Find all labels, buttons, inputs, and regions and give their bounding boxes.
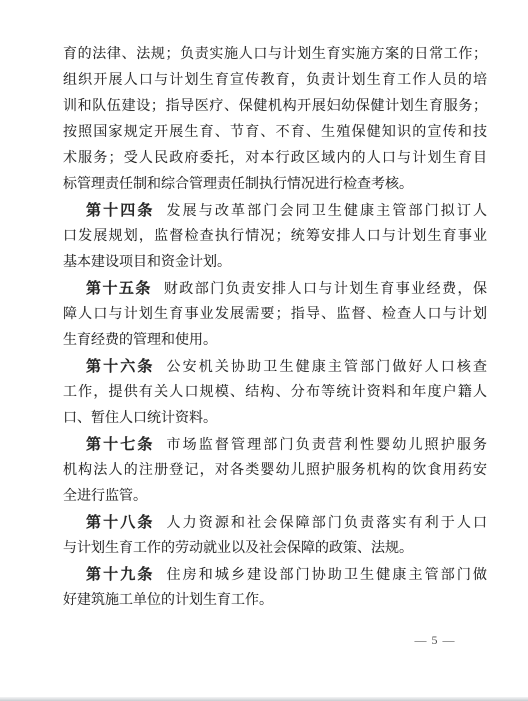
article-number-label: 第十六条: [86, 359, 155, 375]
text-line-content: 人力资源和社会保障部门负责落实有利于人口: [167, 516, 487, 531]
text-line: 第十七条市场监督管理部门负责营利性婴幼儿照护服务: [63, 432, 487, 458]
text-line-content: 基本建设项目和资金计划。: [63, 255, 231, 270]
text-line: 第十九条住房和城乡建设部门协助卫生健康主管部门做: [63, 562, 487, 588]
text-line: 组织开展人口与计划生育宣传教育，负责计划生育工作人员的培: [63, 68, 487, 94]
document-page: 育的法律、法规；负责实施人口与计划生育实施方案的日常工作；组织开展人口与计划生育…: [0, 0, 528, 701]
text-line-content: 好建筑施工单位的计划生育工作。: [63, 593, 273, 608]
article-number-label: 第十四条: [86, 203, 155, 219]
text-line-content: 财政部门负责安排人口与计划生育事业经费，保: [164, 282, 487, 297]
text-line: 第十五条财政部门负责安排人口与计划生育事业经费，保: [63, 276, 487, 302]
text-line: 育的法律、法规；负责实施人口与计划生育实施方案的日常工作；: [63, 42, 487, 68]
text-line: 障人口与计划生育事业发展需要；指导、监督、检查人口与计划: [63, 302, 487, 328]
text-line: 与计划生育工作的劳动就业以及社会保障的政策、法规。: [63, 536, 487, 562]
text-line-content: 与计划生育工作的劳动就业以及社会保障的政策、法规。: [63, 541, 413, 556]
article-number-label: 第十七条: [86, 437, 155, 453]
text-line-content: 育的法律、法规；负责实施人口与计划生育实施方案的日常工作；: [63, 47, 487, 62]
text-line: 基本建设项目和资金计划。: [63, 250, 487, 276]
text-line-content: 机构法人的注册登记，对各类婴幼儿照护服务机构的饮食用药安: [63, 463, 487, 478]
text-line-content: 术服务；受人民政府委托，对本行政区域内的人口与计划生育目: [63, 151, 487, 166]
text-line: 第十八条人力资源和社会保障部门负责落实有利于人口: [63, 510, 487, 536]
text-line: 全进行监管。: [63, 484, 487, 510]
text-line: 标管理责任制和综合管理责任制执行情况进行检查考核。: [63, 172, 487, 198]
text-line: 好建筑施工单位的计划生育工作。: [63, 588, 487, 614]
text-line: 生育经费的管理和使用。: [63, 328, 487, 354]
text-line-content: 口发展规划，监督检查执行情况；统筹安排人口与计划生育事业: [63, 229, 487, 244]
text-line-content: 住房和城乡建设部门协助卫生健康主管部门做: [167, 568, 487, 583]
scan-bottom-edge: [0, 697, 528, 701]
text-line-content: 发展与改革部门会同卫生健康主管部门拟订人: [167, 204, 487, 219]
article-number-label: 第十九条: [86, 567, 155, 583]
text-line: 训和队伍建设；指导医疗、保健机构开展妇幼保健计划生育服务；: [63, 94, 487, 120]
text-line-content: 市场监督管理部门负责营利性婴幼儿照护服务: [167, 438, 487, 453]
text-line-content: 障人口与计划生育事业发展需要；指导、监督、检查人口与计划: [63, 307, 487, 322]
page-number: — 5 —: [406, 631, 464, 649]
text-line: 第十四条发展与改革部门会同卫生健康主管部门拟订人: [63, 198, 487, 224]
text-line-content: 训和队伍建设；指导医疗、保健机构开展妇幼保健计划生育服务；: [63, 99, 487, 114]
text-line-content: 全进行监管。: [63, 489, 147, 504]
text-line-content: 组织开展人口与计划生育宣传教育，负责计划生育工作人员的培: [63, 73, 487, 88]
document-text-block: 育的法律、法规；负责实施人口与计划生育实施方案的日常工作；组织开展人口与计划生育…: [63, 42, 487, 614]
text-line-content: 按照国家规定开展生育、节育、不育、生殖保健知识的宣传和技: [63, 125, 487, 140]
text-line: 按照国家规定开展生育、节育、不育、生殖保健知识的宣传和技: [63, 120, 487, 146]
text-line: 术服务；受人民政府委托，对本行政区域内的人口与计划生育目: [63, 146, 487, 172]
text-line-content: 工作，提供有关人口规模、结构、分布等统计资料和年度户籍人: [63, 385, 487, 400]
text-line-content: 生育经费的管理和使用。: [63, 333, 217, 348]
text-line-content: 标管理责任制和综合管理责任制执行情况进行检查考核。: [63, 177, 413, 192]
text-line: 口发展规划，监督检查执行情况；统筹安排人口与计划生育事业: [63, 224, 487, 250]
article-number-label: 第十八条: [86, 515, 155, 531]
text-line: 机构法人的注册登记，对各类婴幼儿照护服务机构的饮食用药安: [63, 458, 487, 484]
text-line: 口、暂住人口统计资料。: [63, 406, 487, 432]
text-line: 工作，提供有关人口规模、结构、分布等统计资料和年度户籍人: [63, 380, 487, 406]
text-line-content: 口、暂住人口统计资料。: [63, 411, 217, 426]
text-line: 第十六条公安机关协助卫生健康主管部门做好人口核查: [63, 354, 487, 380]
text-line-content: 公安机关协助卫生健康主管部门做好人口核查: [167, 360, 487, 375]
article-number-label: 第十五条: [86, 281, 152, 297]
